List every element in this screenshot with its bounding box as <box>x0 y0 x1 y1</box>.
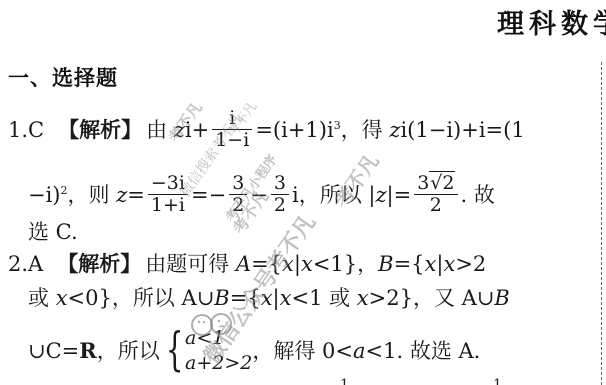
frac-numerator: −3i <box>148 173 188 195</box>
q2-text: 或 <box>28 286 56 310</box>
var-x: x <box>261 286 273 310</box>
q1-text: =− <box>191 183 226 207</box>
frac-denominator: 2 <box>414 195 457 216</box>
q2-text: ，所以 <box>97 339 160 363</box>
q1-line-1: 1.C【解析】由 zi+i1−i=(i+1)i3，得 zi(1−i)+i=(1 <box>8 110 525 153</box>
q2-text: <1 或 <box>291 286 356 310</box>
frac-denominator: 2 <box>229 195 247 216</box>
bottom-partial-mark: 1 <box>340 377 349 385</box>
var-x: x <box>301 252 313 276</box>
q1-text: =(i+1)i <box>255 118 333 142</box>
set-R: R <box>79 338 96 363</box>
q1-analysis-tag: 【解析】 <box>58 118 142 142</box>
q2-line-1: 2.A【解析】由题可得 A={x|x<1}，B={x|x>2 <box>8 254 486 275</box>
q2-text: <1}， <box>313 252 378 276</box>
q1-text: −i) <box>28 183 61 207</box>
q2-text: ={ <box>394 252 425 276</box>
q2-answer: A <box>28 252 43 276</box>
var-x: x <box>282 252 294 276</box>
frac-numerator: 3√2 <box>414 173 457 195</box>
system-row-2: a+2>2 <box>185 351 252 376</box>
superscript: 2 <box>61 184 68 197</box>
q1-answer: C <box>28 118 44 142</box>
fraction-3-over-2: 32 <box>229 173 247 216</box>
var-z: z <box>116 183 127 207</box>
q2-text: <0}，所以 A∪ <box>68 286 215 310</box>
var-x: x <box>357 286 369 310</box>
q1-text: i(1−i)+i=(1 <box>400 118 524 142</box>
var-x: x <box>280 286 292 310</box>
q2-text: ∪C= <box>28 339 79 363</box>
q1-line-2: −i)2，则 z=−3i1+i=−32−32i，所以 |z|=3√22. 故 <box>28 175 495 218</box>
q1-text: i，所以 | <box>292 183 375 207</box>
left-brace: { <box>166 326 184 372</box>
q2-text: >2 <box>455 252 486 276</box>
section-title: 一、选择题 <box>8 62 118 92</box>
q2-text: ={ <box>251 252 282 276</box>
q2-number: 2. <box>8 252 28 276</box>
q2-analysis-tag: 【解析】 <box>57 252 141 276</box>
frac-denominator: 1−i <box>212 130 252 151</box>
page-header-title: 理科数学 <box>497 2 606 41</box>
superscript: 3 <box>334 119 341 132</box>
var-z: z <box>389 118 400 142</box>
set-B: B <box>214 286 229 310</box>
q2-text: | <box>273 286 280 310</box>
frac-denominator: 2 <box>271 195 289 216</box>
set-B: B <box>494 286 509 310</box>
bottom-partial-mark: 1 <box>493 377 502 385</box>
q1-text: ，得 <box>341 118 390 142</box>
q2-line-3: ∪C=R，所以{a<1a+2>2，解得 0<a<1. 故选 A. <box>28 328 480 377</box>
q2-line-2: 或 x<0}，所以 A∪B={x|x<1 或 x>2}，又 A∪B <box>28 288 510 309</box>
q1-text: − <box>250 183 268 207</box>
sqrt-2: √2 <box>429 171 454 194</box>
q2-text: 由题可得 <box>145 252 236 276</box>
q1-text: . 故 <box>461 183 495 207</box>
q2-text: ，解得 0< <box>252 339 353 363</box>
margin-dashed-rule <box>601 62 602 385</box>
system-row-1: a<1 <box>185 326 252 351</box>
q1-text: + <box>192 118 210 142</box>
var-z: z <box>174 118 185 142</box>
fraction-3sqrt2-over-2: 3√22 <box>414 173 457 216</box>
q1-text: = <box>127 183 145 207</box>
frac-numerator: 3 <box>271 173 289 195</box>
q2-text: ={ <box>230 286 261 310</box>
q1-text: ，则 <box>68 183 117 207</box>
var-x: x <box>56 286 68 310</box>
frac-numerator: i <box>212 108 252 130</box>
set-A: A <box>236 252 251 276</box>
var-a: a <box>353 339 366 363</box>
q1-text: i <box>185 118 192 142</box>
frac-numerator: 3 <box>229 173 247 195</box>
frac-denominator: 1+i <box>148 195 188 216</box>
q2-text: | <box>294 252 301 276</box>
coefficient: 3 <box>417 172 429 194</box>
q1-text: 由 <box>146 118 174 142</box>
system-rows: a<1a+2>2 <box>185 326 252 375</box>
q1-number: 1. <box>8 118 28 142</box>
q1-line-3: 选 C. <box>28 222 78 243</box>
var-z: z <box>375 183 386 207</box>
inequality-system: {a<1a+2>2 <box>160 326 253 375</box>
q2-text: >2}，又 A∪ <box>369 286 495 310</box>
set-B: B <box>378 252 393 276</box>
fraction-neg3i-over-1-plus-i: −3i1+i <box>148 173 188 216</box>
fraction-3-over-2: 32 <box>271 173 289 216</box>
q1-text: |= <box>387 183 412 207</box>
q2-text: <1. 故选 A. <box>366 339 481 363</box>
fraction-i-over-1-minus-i: i1−i <box>212 108 252 151</box>
var-x: x <box>425 252 437 276</box>
var-x: x <box>443 252 455 276</box>
